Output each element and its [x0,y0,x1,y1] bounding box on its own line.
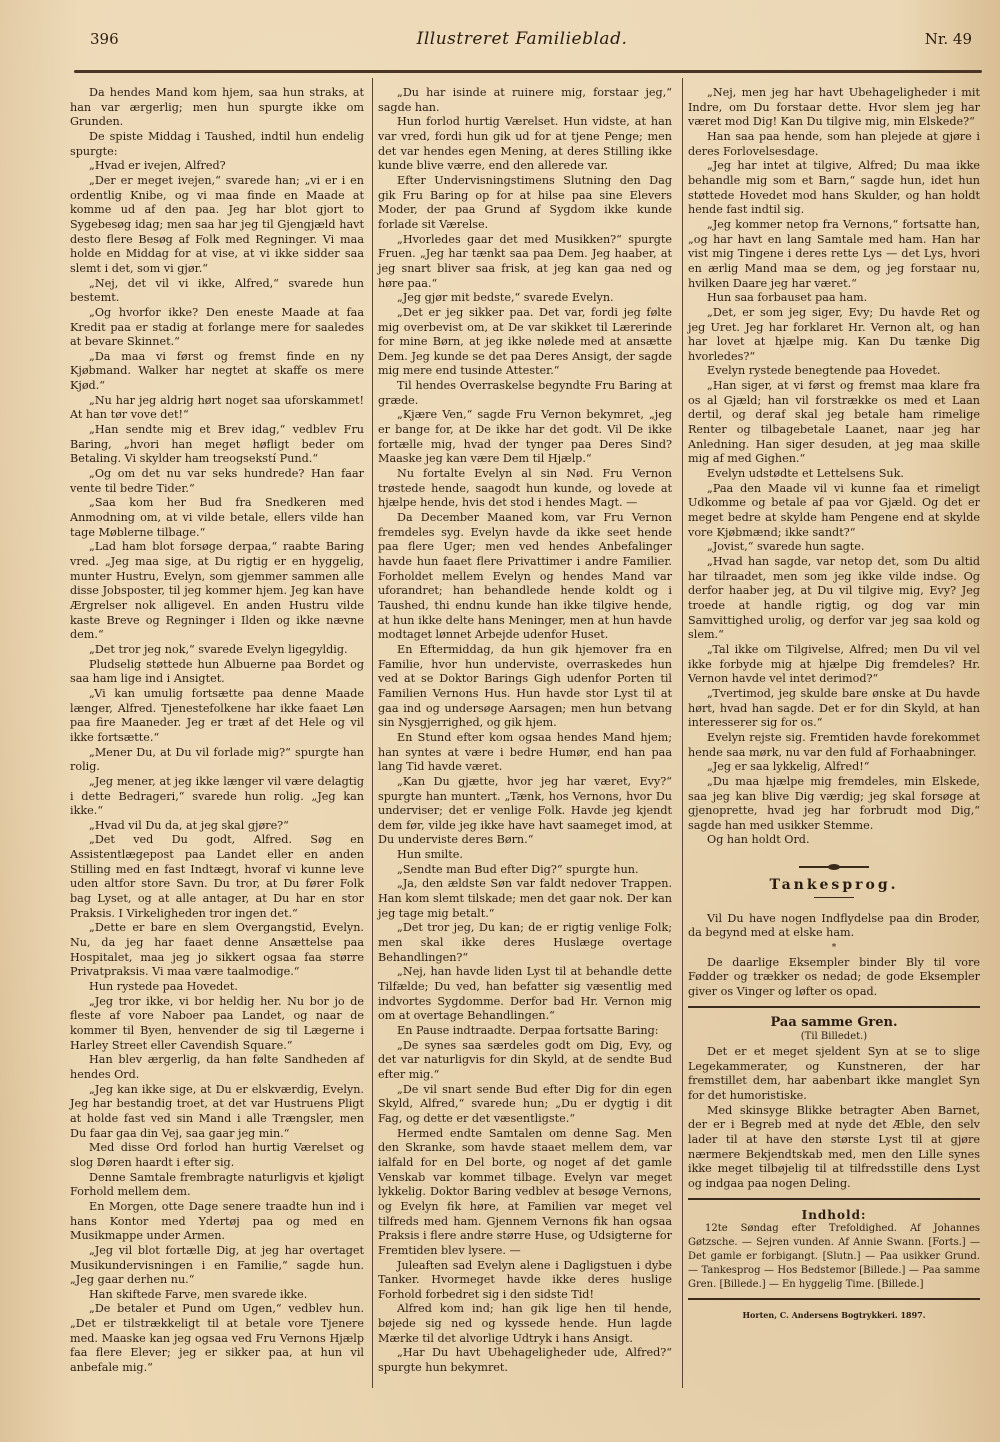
story-paragraph: Evelyn rejste sig. Fremtiden havde forek… [688,731,980,760]
story-paragraph: „Nej, han havde liden Lyst til at behand… [378,965,672,1024]
saying: De daarlige Eksempler binder Bly til vor… [688,956,980,1000]
story-paragraph: „Det, er som jeg siger, Evy; Du havde Re… [688,306,980,365]
story-paragraph: En Pause indtraadte. Derpaa fortsatte Ba… [378,1024,672,1039]
section-rule [688,1298,980,1300]
story-paragraph: „Vi kan umulig fortsætte paa denne Maade… [70,687,364,746]
story-paragraph: Han blev ærgerlig, da han følte Sandhede… [70,1053,364,1082]
story-paragraph: „Har Du havt Ubehageligheder ude, Alfred… [378,1346,672,1375]
masthead: 396 Illustreret Familieblad. Nr. 49 [62,18,982,52]
story-paragraph: „Der er meget ivejen,“ svarede han; „vi … [70,174,364,277]
story-paragraph: „Han sendte mig et Brev idag,“ vedblev F… [70,423,364,467]
story-paragraph: „Ja, den ældste Søn var faldt nedover Tr… [378,877,672,921]
story-paragraph: „Du har isinde at ruinere mig, forstaar … [378,86,672,115]
story-paragraph: „De synes saa særdeles godt om Dig, Evy,… [378,1039,672,1083]
columns: Da hendes Mand kom hjem, saa hun straks,… [70,78,982,1398]
story-paragraph: „Jeg mener, at jeg ikke længer vil være … [70,775,364,819]
saying-separator: * [688,941,980,956]
story-paragraph: „Da maa vi først og fremst finde en ny K… [70,350,364,394]
story-paragraph: En Morgen, otte Dage senere traadte hun … [70,1200,364,1244]
section-rule [688,1006,980,1008]
column-middle: „Du har isinde at ruinere mig, forstaar … [378,86,672,1376]
story-paragraph: Hun rystede paa Hovedet. [70,980,364,995]
story-paragraph: „Hvad vil Du da, at jeg skal gjøre?“ [70,819,364,834]
story-paragraph: „Og hvorfor ikke? Den eneste Maade at fa… [70,306,364,350]
article-title: Paa samme Gren. [688,1016,980,1031]
ornament-divider [799,866,869,868]
story-paragraph: „Tvertimod, jeg skulde bare ønske at Du … [688,687,980,731]
story-paragraph: „Det tror jeg, Du kan; de er rigtig venl… [378,921,672,965]
story-paragraph: Til hendes Overraskelse begyndte Fru Bar… [378,379,672,408]
issue-number: Nr. 49 [925,30,972,48]
contents-title: Indhold: [688,1208,980,1223]
story-paragraph: „Jeg har intet at tilgive, Alfred; Du ma… [688,159,980,218]
column-divider [682,78,683,1388]
section-rule [688,1198,980,1200]
story-paragraph: „Jeg kan ikke sige, at Du er elskværdig,… [70,1083,364,1142]
story-paragraph: Hermed endte Samtalen om denne Sag. Men … [378,1127,672,1259]
story-paragraph: „Du maa hjælpe mig fremdeles, min Elsked… [688,775,980,834]
story-paragraph: „Nu har jeg aldrig hørt noget saa uforsk… [70,394,364,423]
story-paragraph: „Kan Du gjætte, hvor jeg har været, Evy?… [378,775,672,848]
story-paragraph: „Og om det nu var seks hundrede? Han faa… [70,467,364,496]
story-paragraph: „Han siger, at vi først og fremst maa kl… [688,379,980,467]
header-rule [74,70,982,73]
story-paragraph: Hun forlod hurtig Værelset. Hun vidste, … [378,115,672,174]
column-right: „Nej, men jeg har havt Ubehageligheder i… [688,86,980,1323]
story-paragraph: Efter Undervisningstimens Slutning den D… [378,174,672,233]
story-paragraph: „Det tror jeg nok,“ svarede Evelyn ligeg… [70,643,364,658]
story-paragraph: „Nej, det vil vi ikke, Alfred,“ svarede … [70,277,364,306]
column-left: Da hendes Mand kom hjem, saa hun straks,… [70,86,364,1376]
story-paragraph: „Lad ham blot forsøge derpaa,“ raabte Ba… [70,540,364,643]
story-paragraph: „Tal ikke om Tilgivelse, Alfred; men Du … [688,643,980,687]
story-paragraph: Alfred kom ind; han gik lige hen til hen… [378,1302,672,1346]
imprint: Horten, C. Andersens Bogtrykkeri. 1897. [688,1308,980,1323]
story-paragraph: „Jeg er saa lykkelig, Alfred!“ [688,760,980,775]
story-paragraph: „Hvorledes gaar det med Musikken?“ spurg… [378,233,672,292]
story-paragraph: Han skiftede Farve, men svarede ikke. [70,1288,364,1303]
story-paragraph: Og han holdt Ord. [688,833,980,848]
story-paragraph: Hun saa forbauset paa ham. [688,291,980,306]
story-paragraph: „Dette er bare en slem Overgangstid, Eve… [70,921,364,980]
contents-list: 12te Søndag efter Trefoldighed. Af Johan… [688,1222,980,1292]
publication-title: Illustreret Familieblad. [62,29,982,49]
story-paragraph: „Paa den Maade vil vi kunne faa et rimel… [688,482,980,541]
short-rule [814,897,854,898]
story-paragraph: „Nej, men jeg har havt Ubehageligheder i… [688,86,980,130]
story-paragraph: En Stund efter kom ogsaa hendes Mand hje… [378,731,672,775]
story-paragraph: „De vil snart sende Bud efter Dig for di… [378,1083,672,1127]
story-paragraph: „Hvad han sagde, var netop det, som Du a… [688,555,980,643]
story-paragraph: Evelyn rystede benegtende paa Hovedet. [688,364,980,379]
saying: Vil Du have nogen Indflydelse paa din Br… [688,912,980,941]
story-paragraph: „Mener Du, at Du vil forlade mig?“ spurg… [70,746,364,775]
tankesprog-title: Tankesprog. [688,878,980,893]
story-paragraph: Da December Maaned kom, var Fru Vernon f… [378,511,672,643]
story-paragraph: „De betaler et Pund om Ugen,“ vedblev hu… [70,1302,364,1375]
story-paragraph: „Jeg gjør mit bedste,“ svarede Evelyn. [378,291,672,306]
story-paragraph: „Det er jeg sikker paa. Det var, fordi j… [378,306,672,379]
story-paragraph: Denne Samtale frembragte naturligvis et … [70,1171,364,1200]
story-paragraph: Evelyn udstødte et Lettelsens Suk. [688,467,980,482]
story-paragraph: Han saa paa hende, som han plejede at gj… [688,130,980,159]
story-paragraph: „Kjære Ven,“ sagde Fru Vernon bekymret, … [378,408,672,467]
story-paragraph: Hun smilte. [378,848,672,863]
column-divider [372,78,373,1388]
story-paragraph: „Jeg kommer netop fra Vernons,“ fortsatt… [688,218,980,291]
story-paragraph: Nu fortalte Evelyn al sin Nød. Fru Verno… [378,467,672,511]
story-paragraph: Da hendes Mand kom hjem, saa hun straks,… [70,86,364,130]
story-paragraph: Juleaften sad Evelyn alene i Dagligstuen… [378,1259,672,1303]
article-subtitle: (Til Billedet.) [688,1030,980,1045]
story-paragraph: „Saa kom her Bud fra Snedkeren med Anmod… [70,496,364,540]
story-paragraph: „Sendte man Bud efter Dig?“ spurgte hun. [378,863,672,878]
story-paragraph: „Jeg vil blot fortælle Dig, at jeg har o… [70,1244,364,1288]
story-paragraph: „Hvad er ivejen, Alfred? [70,159,364,174]
story-paragraph: Pludselig støttede hun Albuerne paa Bord… [70,658,364,687]
article-paragraph: Med skinsyge Blikke betragter Aben Barne… [688,1104,980,1192]
newspaper-page: 396 Illustreret Familieblad. Nr. 49 Da h… [62,18,982,52]
story-paragraph: De spiste Middag i Taushed, indtil hun e… [70,130,364,159]
story-paragraph: „Jovist,“ svarede hun sagte. [688,540,980,555]
story-continuation: „Nej, men jeg har havt Ubehageligheder i… [688,86,980,848]
story-paragraph: En Eftermiddag, da hun gik hjemover fra … [378,643,672,731]
article-paragraph: Det er et meget sjeldent Syn at se to sl… [688,1045,980,1104]
story-paragraph: „Det ved Du godt, Alfred. Søg en Assiste… [70,833,364,921]
story-paragraph: „Jeg tror ikke, vi bor heldig her. Nu bo… [70,995,364,1054]
story-paragraph: Med disse Ord forlod han hurtig Værelset… [70,1141,364,1170]
